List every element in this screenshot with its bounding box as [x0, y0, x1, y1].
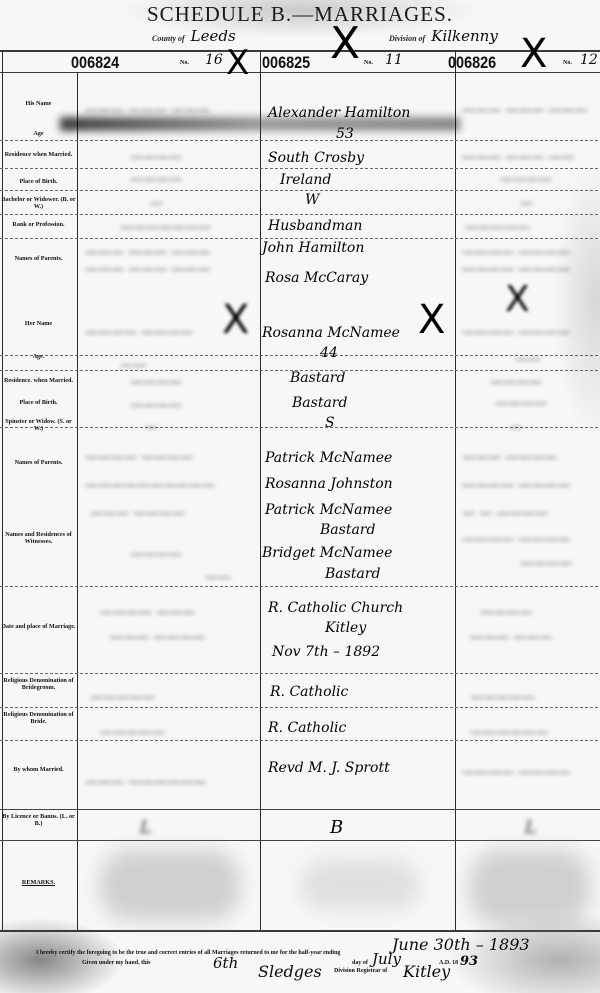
right-entry-obscured-text: —— — [515, 352, 541, 367]
right-entry-obscured-text: ———— — [490, 375, 542, 390]
label-residence-groom: Residence when Married. — [0, 151, 77, 158]
right-entry-obscured-text: ————— — [465, 220, 530, 235]
certification-text: I hereby certify the foregoing to be the… — [36, 950, 340, 956]
label-rank-profession: Rank or Profession. — [0, 221, 77, 228]
row-sep — [0, 707, 600, 708]
entry-number-3: 12 — [580, 52, 598, 68]
center-remarks-smudge — [300, 860, 420, 910]
right-entry-obscured-text: ———— ———— — [462, 245, 570, 260]
label-licence-banns: By Licence or Banns. (L. or B.) — [0, 813, 77, 827]
left-entry-obscured-text: ———— ——— — [100, 605, 195, 620]
groom-name: Alexander Hamilton — [268, 105, 410, 121]
left-entry-obscured-text: ———— — [130, 172, 182, 187]
label-denomination-groom: Religious Denomination of Bridegroom. — [0, 677, 77, 691]
witness-2-residence: Bastard — [325, 566, 380, 582]
row-sep — [0, 809, 600, 810]
label-date-place: Date and place of Marriage. — [0, 623, 77, 630]
right-entry-obscured-text: — — [520, 196, 533, 211]
no-label-2: No. — [364, 60, 373, 66]
denomination-bride: R. Catholic — [268, 720, 346, 736]
groom-father: John Hamilton — [262, 240, 364, 256]
witness-1-name: Patrick McNamee — [265, 502, 392, 518]
bride-age: 44 — [320, 345, 338, 361]
right-entry-obscured-text: ———— ———— — [462, 262, 570, 277]
row-sep — [0, 140, 600, 141]
right-entry-obscured-text: ———— ———— — [462, 478, 570, 493]
table-bottom-rule — [0, 930, 600, 932]
label-his-name: His Name — [0, 100, 77, 107]
left-entry-obscured-text: ——— —————— — [85, 775, 206, 790]
entry-number-1: 16 — [205, 52, 223, 68]
no-label-1: No. — [180, 60, 189, 66]
label-her-name: Her Name — [0, 320, 77, 327]
division-field: Division of Kilkenny — [389, 27, 498, 45]
no-label-3: No. — [563, 60, 572, 66]
left-entry-obscured-text: —— — [120, 358, 146, 373]
right-entry-obscured-text: ———— — [500, 172, 552, 187]
row-sep — [0, 840, 600, 841]
registrar-division: Kitley — [403, 962, 450, 981]
left-entry-obscured-text: ——— ———— — [90, 506, 185, 521]
registrar-label: Division Registrar of — [334, 968, 387, 974]
right-entry-obscured-text: ————— — [470, 690, 535, 705]
right-entry-obscured-text: ———— — [480, 605, 532, 620]
right-entry-obscured-text: ——— ——— ——— — [462, 103, 587, 118]
certification-year: 93 — [460, 954, 478, 969]
bride-mother: Rosanna Johnston — [265, 476, 393, 492]
page-title: SCHEDULE B.—MARRIAGES. — [0, 2, 600, 27]
groom-rank: Husbandman — [268, 218, 362, 234]
registrar-signature: Sledges — [258, 962, 322, 981]
day-of-label: day of — [352, 960, 368, 966]
label-denomination-bride: Religious Denomination of Bride. — [0, 711, 77, 725]
left-entry-obscured-text: ————— — [90, 690, 155, 705]
label-parents-groom: Names of Parents. — [0, 255, 77, 262]
cross-mark-bride: X — [418, 300, 445, 340]
label-birth-bride: Place of Birth. — [0, 399, 77, 406]
right-entry-obscured-text: — — [510, 420, 523, 435]
row-sep — [0, 214, 600, 215]
left-entry-obscured-text: ——— ——— ——— — [85, 262, 210, 277]
licence-or-banns: B — [330, 817, 343, 838]
cross-mark-right: X — [505, 282, 530, 318]
label-witnesses: Names and Residences of Witnesses. — [0, 531, 77, 545]
reg-number-2: 006825 — [262, 53, 310, 73]
label-bachelor-widower: Bachelor or Widower. (B. or W.) — [0, 196, 77, 210]
right-entry-obscured-text: — — ———— — [462, 506, 548, 521]
left-remarks-smudge — [100, 850, 240, 920]
row-sep — [0, 355, 600, 356]
groom-residence: South Crosby — [268, 150, 364, 166]
right-entry-obscured-text: ——— ——— — [470, 630, 552, 645]
label-remarks: REMARKS. — [0, 879, 77, 886]
right-entry-obscured-text: ———— — [520, 556, 572, 571]
groom-condition: W — [305, 192, 319, 208]
right-entry-obscured-text: ———— — [495, 396, 547, 411]
marriage-date: Nov 7th – 1892 — [272, 644, 380, 660]
row-sep — [0, 238, 600, 239]
reg-number-3: 006826 — [448, 53, 496, 73]
certification-month: July — [372, 950, 401, 968]
right-entry-licence: L — [525, 818, 536, 838]
column-divider-2 — [455, 50, 456, 930]
bride-condition: S — [325, 415, 335, 431]
witness-1-residence: Bastard — [320, 522, 375, 538]
half-year-ending: June 30th – 1893 — [392, 935, 530, 954]
left-entry-obscured-text: ———— ———— — [85, 325, 193, 340]
groom-birthplace: Ireland — [280, 172, 331, 188]
row-sep — [0, 168, 600, 169]
right-entry-obscured-text: ——— ——— —— — [462, 150, 574, 165]
left-entry-obscured-text: ———— — [130, 398, 182, 413]
entry-number-2: 11 — [385, 52, 403, 68]
county-label: County of — [152, 34, 185, 43]
right-entry-obscured-text: —————— — [470, 725, 548, 740]
marriage-place: R. Catholic Church — [268, 600, 403, 616]
left-entry-obscured-text: ——— ——— ——— — [85, 245, 210, 260]
left-entry-obscured-text: ———— — [130, 547, 182, 562]
left-entry-obscured-text: ——— ———— — [110, 630, 205, 645]
label-residence-bride: Residence. when Married. — [0, 377, 77, 384]
certification-day: 6th — [213, 954, 238, 972]
row-sep — [0, 586, 600, 587]
right-entry-obscured-text: ——— ———— — [462, 450, 557, 465]
county-field: County of Leeds — [152, 27, 236, 45]
right-entry-obscured-text: ———— ———— — [462, 765, 570, 780]
witness-2-name: Bridget McNamee — [262, 545, 392, 561]
division-label: Division of — [389, 34, 425, 43]
row-sep — [0, 190, 600, 191]
cross-mark-1: X — [226, 46, 249, 80]
left-entry-licence: L — [140, 818, 151, 838]
label-parents-bride: Names of Parents. — [0, 459, 77, 466]
cross-mark-3: X — [520, 34, 547, 74]
groom-age: 53 — [336, 126, 354, 142]
row-sep — [0, 673, 600, 674]
left-entry-obscured-text: — — [145, 420, 158, 435]
groom-mother: Rosa McCaray — [265, 270, 368, 286]
label-birth-groom: Place of Birth. — [0, 178, 77, 185]
label-by-whom: By whom Married. — [0, 766, 77, 773]
right-entry-obscured-text: ———— ———— — [462, 532, 570, 547]
left-entry-obscured-text: —— — [205, 570, 231, 585]
bride-name: Rosanna McNamee — [262, 325, 400, 341]
left-entry-obscured-text: ———— — [130, 150, 182, 165]
left-entry-obscured-text: ——————— — [120, 220, 211, 235]
reg-number-1: 006824 — [71, 53, 119, 73]
left-entry-obscured-text: ——— ——— ——— — [85, 103, 210, 118]
column-divider-labels — [77, 72, 78, 930]
given-under-hand-text: Given under my hand, this — [82, 960, 150, 966]
bride-birthplace: Bastard — [292, 395, 347, 411]
left-entry-obscured-text: — — [150, 196, 163, 211]
marriage-place-town: Kitley — [325, 620, 366, 636]
row-sep — [0, 740, 600, 741]
header-rule-top — [0, 50, 600, 52]
left-entry-obscured-text: —————————— — [85, 478, 215, 493]
left-entry-obscured-text: ———— — [130, 375, 182, 390]
label-spinster-widow: Spinster or Widow. (S. or W.) — [0, 418, 77, 432]
bride-residence: Bastard — [290, 370, 345, 386]
column-divider-1 — [260, 50, 261, 930]
left-entry-obscured-text: ————— — [100, 725, 165, 740]
right-remarks-smudge — [470, 850, 590, 925]
denomination-groom: R. Catholic — [270, 684, 348, 700]
label-age: Age — [0, 130, 77, 137]
cross-mark-left: X — [222, 300, 249, 340]
label-age-bride: Age. — [0, 353, 77, 360]
officiant: Revd M. J. Sprott — [268, 760, 390, 776]
bride-father: Patrick McNamee — [265, 450, 392, 466]
left-entry-obscured-text: ———— ———— — [85, 450, 193, 465]
right-entry-obscured-text: ———— ———— — [462, 325, 570, 340]
cross-mark-2: X — [330, 22, 360, 66]
division-value: Kilkenny — [431, 27, 498, 45]
paper-background — [0, 0, 600, 993]
